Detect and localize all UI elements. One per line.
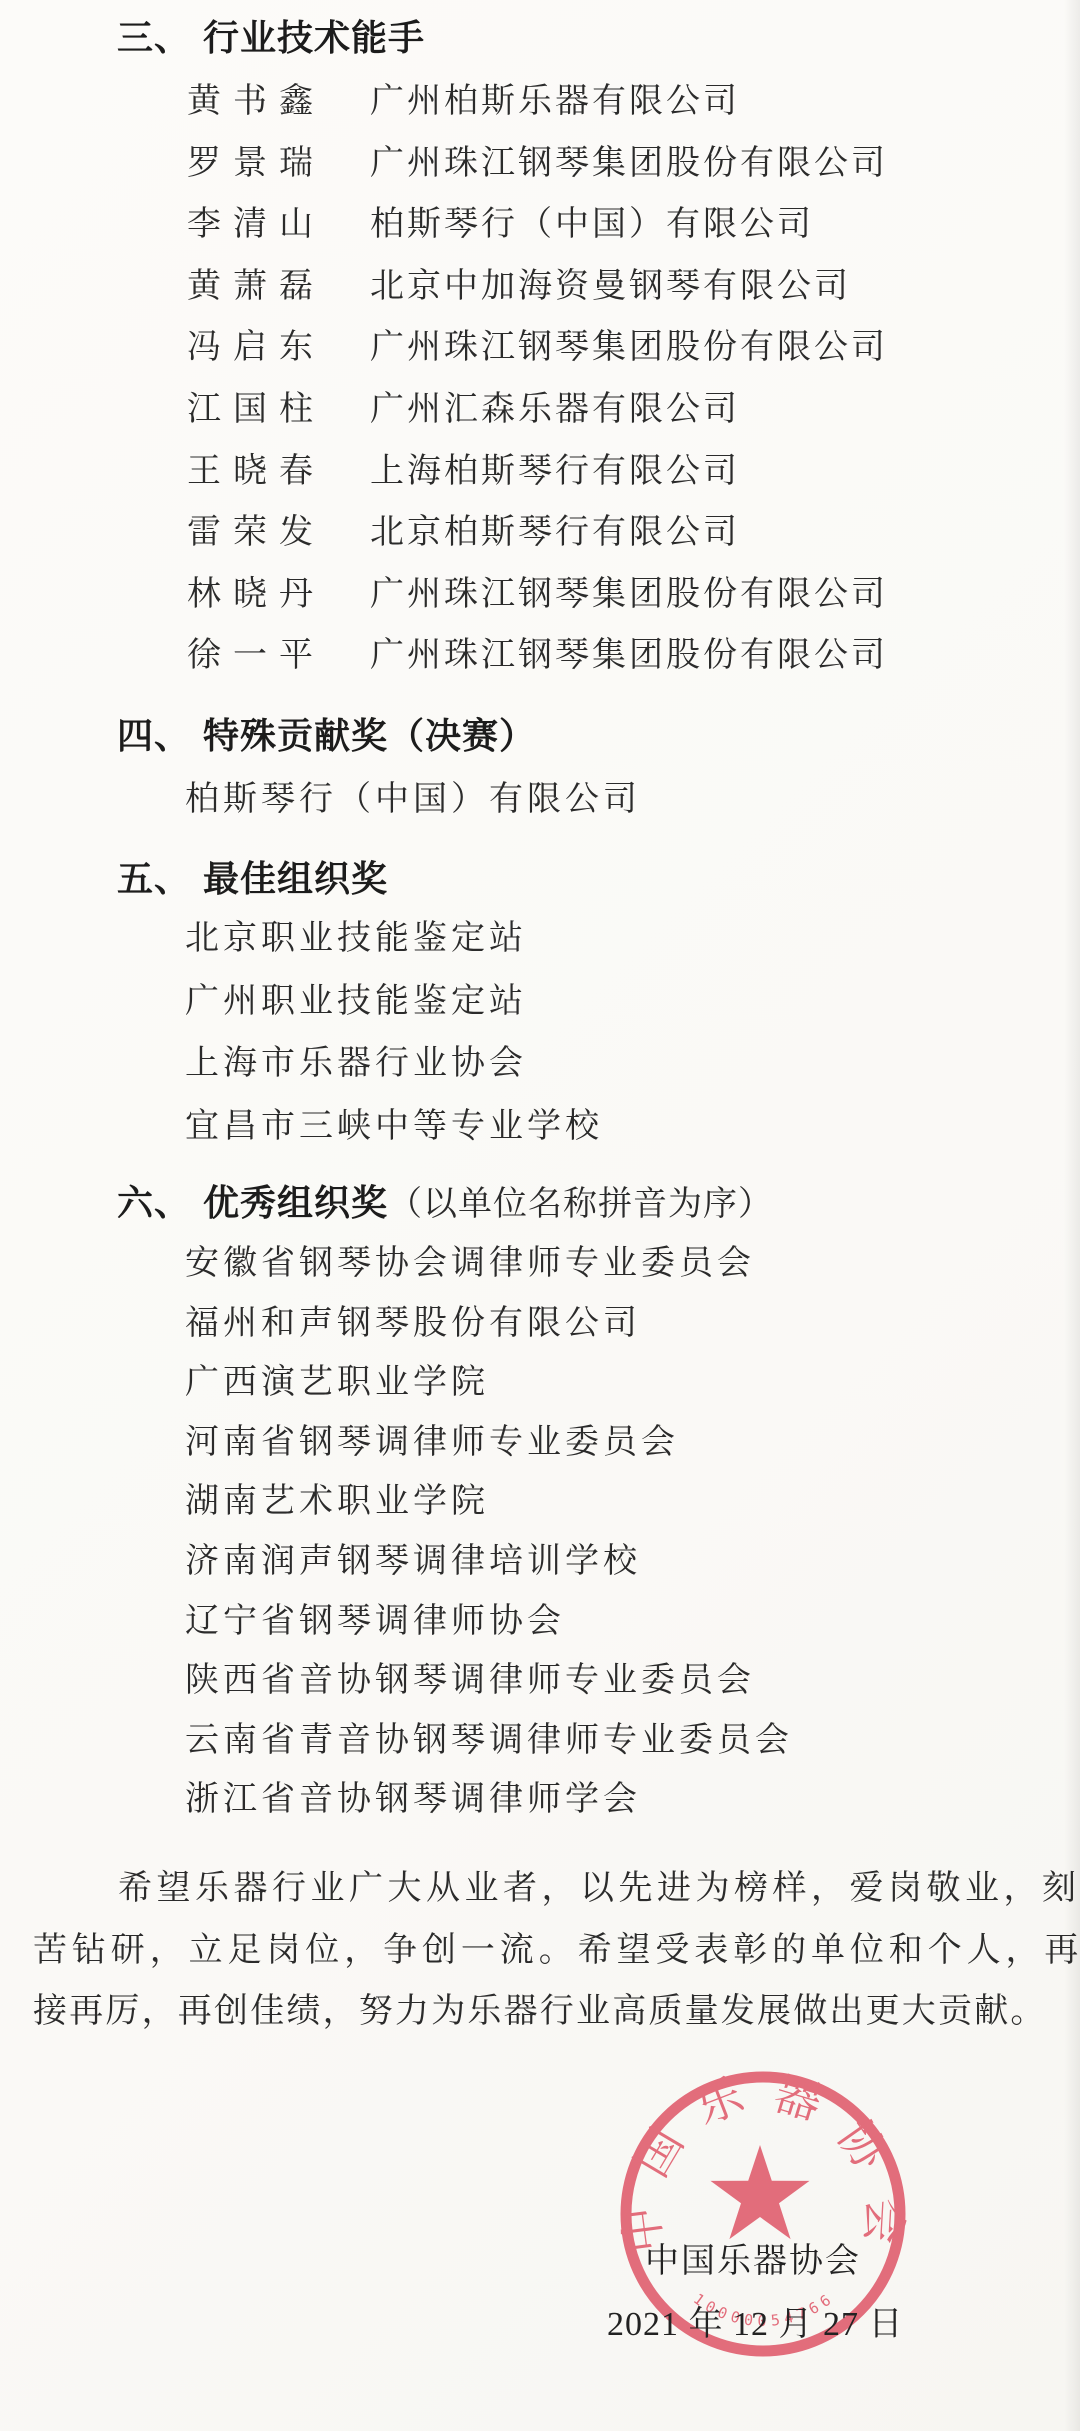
awardee-org: 广州珠江钢琴集团股份有限公司 xyxy=(370,578,888,612)
list-item: 北京职业技能鉴定站 xyxy=(0,922,1080,985)
table-row: 罗景瑞广州珠江钢琴集团股份有限公司 xyxy=(0,147,1080,209)
table-row: 李清山柏斯琴行（中国）有限公司 xyxy=(0,208,1080,270)
list-item: 河南省钢琴调律师专业委员会 xyxy=(0,1426,1080,1486)
section-number: 三、 xyxy=(117,20,203,56)
table-row: 黄萧磊北京中加海资曼钢琴有限公司 xyxy=(0,270,1080,332)
signature-date: 2021 年 12 月 27 日 xyxy=(607,2296,904,2345)
awardee-org: 广州柏斯乐器有限公司 xyxy=(370,85,740,119)
awardee-org: 柏斯琴行（中国）有限公司 xyxy=(370,208,814,242)
section-number: 四、 xyxy=(117,718,203,754)
awardee-name: 黄萧磊 xyxy=(187,270,325,304)
list-item: 上海市乐器行业协会 xyxy=(0,1047,1080,1110)
awardee-name: 罗景瑞 xyxy=(187,147,325,181)
awardee-org: 广州珠江钢琴集团股份有限公司 xyxy=(370,147,888,181)
table-row: 徐一平广州珠江钢琴集团股份有限公司 xyxy=(0,639,1080,701)
section-heading-6: 六、优秀组织奖（以单位名称拼音为序） xyxy=(117,1185,773,1223)
list-item: 广西演艺职业学院 xyxy=(0,1366,1080,1426)
awardee-name: 林晓丹 xyxy=(187,578,325,612)
list-item: 湖南艺术职业学院 xyxy=(0,1485,1080,1545)
star-icon xyxy=(711,2145,810,2239)
awardee-org: 广州珠江钢琴集团股份有限公司 xyxy=(370,331,888,365)
paragraph-line: 接再厉，再创佳绩，努力为乐器行业高质量发展做出更大贡献。 xyxy=(33,1981,1053,2043)
awardee-name: 江国柱 xyxy=(187,393,325,427)
section-title: 特殊贡献奖（决赛） xyxy=(203,716,536,756)
awardee-org: 上海柏斯琴行有限公司 xyxy=(370,455,740,489)
section-number: 六、 xyxy=(117,1185,203,1221)
list-item: 安徽省钢琴协会调律师专业委员会 xyxy=(0,1247,1080,1307)
awardee-name: 雷荣发 xyxy=(187,516,325,550)
section-title: 最佳组织奖 xyxy=(203,859,388,899)
paragraph-line: 苦钻研，立足岗位，争创一流。希望受表彰的单位和个人，再 xyxy=(33,1920,1053,1982)
list-item: 浙江省音协钢琴调律师学会 xyxy=(0,1783,1080,1843)
section-heading-5: 五、最佳组织奖 xyxy=(117,861,388,897)
section-heading-3: 三、行业技术能手 xyxy=(117,20,425,56)
list-item: 宜昌市三峡中等专业学校 xyxy=(0,1110,1080,1173)
awardee-name: 王晓春 xyxy=(187,455,325,489)
awardee-org: 广州汇森乐器有限公司 xyxy=(370,393,740,427)
closing-paragraph: 希望乐器行业广大从业者，以先进为榜样，爱岗敬业，刻 苦钻研，立足岗位，争创一流。… xyxy=(33,1858,1053,2043)
section-number: 五、 xyxy=(117,861,203,897)
list-item: 柏斯琴行（中国）有限公司 xyxy=(0,783,1080,817)
scanned-document-page: 三、行业技术能手 黄书鑫广州柏斯乐器有限公司 罗景瑞广州珠江钢琴集团股份有限公司… xyxy=(0,0,1080,2431)
award-items-list: 柏斯琴行（中国）有限公司 xyxy=(0,783,1080,817)
section-title: 优秀组织奖 xyxy=(203,1183,388,1223)
table-row: 王晓春上海柏斯琴行有限公司 xyxy=(0,455,1080,517)
section-heading-4: 四、特殊贡献奖（决赛） xyxy=(117,718,536,754)
awardee-org: 北京柏斯琴行有限公司 xyxy=(370,516,740,550)
awardee-name: 黄书鑫 xyxy=(187,85,325,119)
section-title: 行业技术能手 xyxy=(203,18,425,58)
award-items-list: 北京职业技能鉴定站 广州职业技能鉴定站 上海市乐器行业协会 宜昌市三峡中等专业学… xyxy=(0,922,1080,1173)
list-item: 济南润声钢琴调律培训学校 xyxy=(0,1545,1080,1605)
paragraph-line: 希望乐器行业广大从业者，以先进为榜样，爱岗敬业，刻 xyxy=(33,1858,1053,1920)
list-item: 福州和声钢琴股份有限公司 xyxy=(0,1307,1080,1367)
section-title-suffix: （以单位名称拼音为序） xyxy=(388,1186,773,1223)
awardee-name: 徐一平 xyxy=(187,639,325,673)
table-row: 江国柱广州汇森乐器有限公司 xyxy=(0,393,1080,455)
list-item: 云南省青音协钢琴调律师专业委员会 xyxy=(0,1724,1080,1784)
awardee-org: 广州珠江钢琴集团股份有限公司 xyxy=(370,639,888,673)
award-entries-list: 黄书鑫广州柏斯乐器有限公司 罗景瑞广州珠江钢琴集团股份有限公司 李清山柏斯琴行（… xyxy=(0,85,1080,701)
table-row: 黄书鑫广州柏斯乐器有限公司 xyxy=(0,85,1080,147)
signature-organization: 中国乐器协会 xyxy=(645,2233,861,2282)
table-row: 雷荣发北京柏斯琴行有限公司 xyxy=(0,516,1080,578)
list-item: 陕西省音协钢琴调律师专业委员会 xyxy=(0,1664,1080,1724)
list-item: 辽宁省钢琴调律师协会 xyxy=(0,1605,1080,1665)
awardee-name: 冯启东 xyxy=(187,331,325,365)
table-row: 冯启东广州珠江钢琴集团股份有限公司 xyxy=(0,331,1080,393)
award-items-list: 安徽省钢琴协会调律师专业委员会 福州和声钢琴股份有限公司 广西演艺职业学院 河南… xyxy=(0,1247,1080,1843)
awardee-org: 北京中加海资曼钢琴有限公司 xyxy=(370,270,851,304)
awardee-name: 李清山 xyxy=(187,208,325,242)
list-item: 广州职业技能鉴定站 xyxy=(0,985,1080,1048)
table-row: 林晓丹广州珠江钢琴集团股份有限公司 xyxy=(0,578,1080,640)
